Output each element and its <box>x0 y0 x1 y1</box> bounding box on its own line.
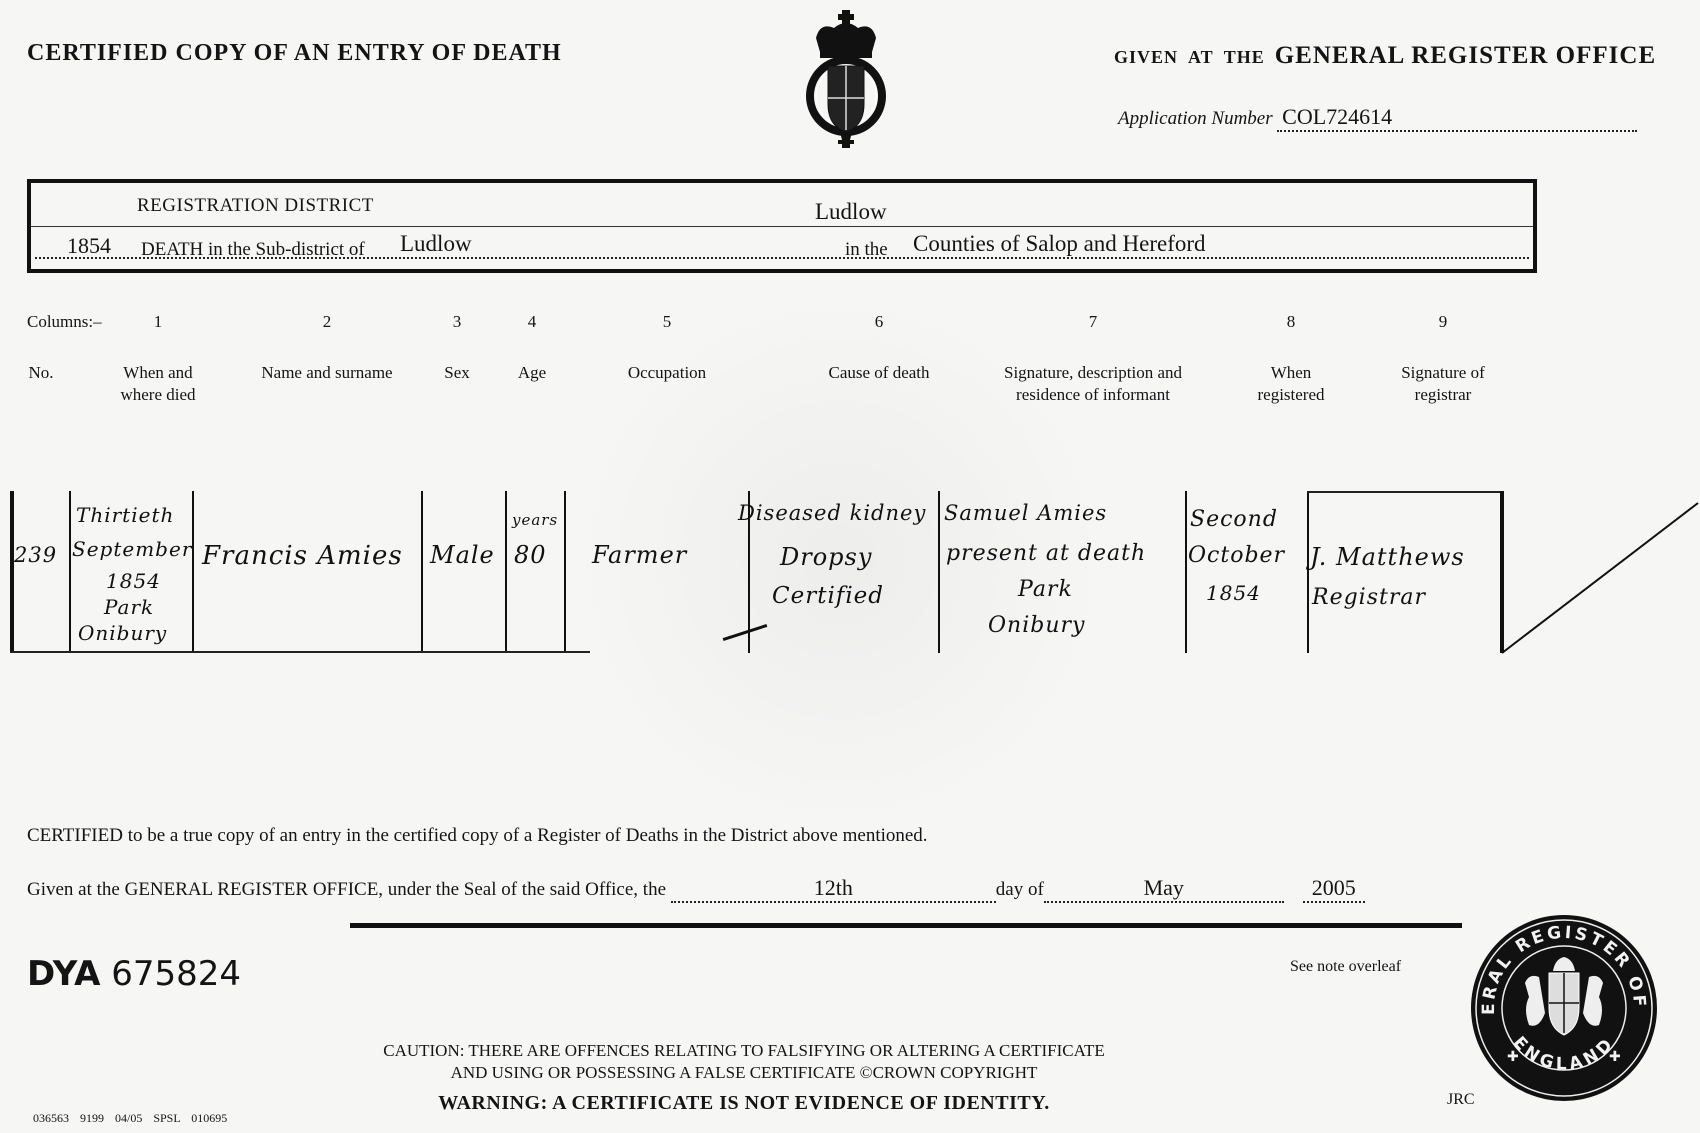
given-year: 2005 <box>1303 875 1365 903</box>
deceased-occupation: Farmer <box>592 541 687 569</box>
column-header-informant: Signature, description and residence of … <box>988 362 1198 406</box>
column-number-5: 5 <box>663 312 672 332</box>
cause-of-death-line3: Certified <box>772 583 884 609</box>
svg-text:✚: ✚ <box>1507 1049 1519 1065</box>
informant-name: Samuel Amies <box>944 501 1107 525</box>
column-number-6: 6 <box>875 312 884 332</box>
subdistrict-value: Ludlow <box>400 231 472 257</box>
subdistrict-row: 1854 DEATH in the Sub-district of Ludlow… <box>35 233 1529 263</box>
registrar-title: Registrar <box>1312 585 1426 610</box>
column-header-occupation: Occupation <box>607 362 727 384</box>
see-note-overleaf: See note overleaf <box>1290 958 1401 976</box>
registration-district-value: Ludlow <box>815 199 887 225</box>
column-rule <box>1185 491 1187 653</box>
informant-description: present at death <box>946 541 1146 566</box>
columns-label: Columns:– <box>27 312 102 332</box>
serial-prefix: DYA <box>27 954 100 994</box>
cause-of-death-line2: Dropsy <box>780 543 872 571</box>
svg-text:✚: ✚ <box>1609 1049 1621 1065</box>
box-divider <box>31 226 1533 227</box>
death-entry-row: 239 Thirtieth September 1854 Park Onibur… <box>0 491 1700 656</box>
column-header-cause: Cause of death <box>809 362 949 384</box>
registration-district-box: REGISTRATION DISTRICT Ludlow 1854 DEATH … <box>27 179 1537 273</box>
column-rule <box>421 491 423 653</box>
office-name: GENERAL REGISTER OFFICE <box>1275 42 1656 69</box>
registration-district-label: REGISTRATION DISTRICT <box>137 195 374 217</box>
pen-stroke <box>723 624 768 641</box>
caution-notice: CAUTION: THERE ARE OFFENCES RELATING TO … <box>339 1040 1149 1084</box>
given-day: 12th <box>671 875 996 903</box>
registered-year: 1854 <box>1206 581 1261 605</box>
column-header-age: Age <box>518 362 546 384</box>
place-of-death-line1: Park <box>104 595 154 619</box>
registered-month: October <box>1188 543 1285 568</box>
date-of-death-year: 1854 <box>106 569 161 593</box>
informant-residence-line2: Onibury <box>988 613 1085 638</box>
column-number-9: 9 <box>1439 312 1448 332</box>
royal-crest-icon <box>806 8 886 150</box>
certificate-title: CERTIFIED COPY OF AN ENTRY OF DEATH <box>27 40 562 67</box>
column-rule <box>69 491 71 653</box>
date-of-death-day: Thirtieth <box>76 503 174 527</box>
column-number-8: 8 <box>1287 312 1296 332</box>
identity-warning: WARNING: A CERTIFICATE IS NOT EVIDENCE O… <box>339 1092 1149 1115</box>
gro-seal-icon: GENERAL REGISTER OFFICE ENGLAND ✚ ✚ <box>1469 913 1659 1103</box>
deceased-sex: Male <box>430 541 495 569</box>
given-date-line: Given at the GENERAL REGISTER OFFICE, un… <box>27 875 1365 903</box>
registered-day: Second <box>1190 507 1278 532</box>
application-number-row: Application Number COL724614 <box>1118 104 1637 132</box>
application-number-label: Application Number <box>1118 108 1273 129</box>
form-code: 036563 9199 04/05 SPSL 010695 <box>33 1111 227 1126</box>
column-number-3: 3 <box>453 312 462 332</box>
column-header-sex: Sex <box>444 362 470 384</box>
column-header-registrar: Signature of registrar <box>1388 362 1498 406</box>
column-header-no: No. <box>28 362 53 384</box>
place-of-death-line2: Onibury <box>78 621 167 645</box>
divider-rule <box>350 923 1462 928</box>
column-rule <box>938 491 940 653</box>
county-value: Counties of Salop and Hereford <box>913 231 1206 257</box>
subdistrict-label: DEATH in the Sub-district of <box>141 239 365 261</box>
informant-residence-line1: Park <box>1018 577 1073 602</box>
registrar-signature: J. Matthews <box>1310 543 1465 571</box>
deceased-age: 80 <box>514 541 547 569</box>
cause-of-death-line1: Diseased kidney <box>738 501 926 525</box>
column-number-7: 7 <box>1089 312 1098 332</box>
serial-number: 675824 <box>111 954 241 994</box>
column-rule <box>192 491 194 653</box>
column-header-when-registered: When registered <box>1246 362 1336 406</box>
certificate-serial: DYA 675824 <box>27 954 241 994</box>
column-number-2: 2 <box>323 312 332 332</box>
deceased-name: Francis Amies <box>202 541 403 571</box>
age-unit: years <box>512 511 558 529</box>
column-rule <box>505 491 507 653</box>
column-number-4: 4 <box>528 312 537 332</box>
death-year: 1854 <box>67 233 111 259</box>
row-top-rule <box>1307 491 1500 493</box>
given-at-gro-heading: GIVEN AT THE GENERAL REGISTER OFFICE <box>1114 42 1656 70</box>
column-header-when-where: When and where died <box>113 362 203 406</box>
cancellation-diagonal <box>1500 491 1700 656</box>
given-month: May <box>1044 875 1284 903</box>
column-header-name: Name and surname <box>242 362 412 384</box>
given-text: Given at the GENERAL REGISTER OFFICE, un… <box>27 879 666 900</box>
entry-number: 239 <box>14 543 57 567</box>
date-of-death-month: September <box>72 537 192 561</box>
column-rule <box>10 491 14 653</box>
column-rule <box>564 491 566 653</box>
certification-statement: CERTIFIED to be a true copy of an entry … <box>27 825 928 847</box>
in-the-label: in the <box>845 239 888 261</box>
column-rule <box>1307 491 1309 653</box>
application-number-value: COL724614 <box>1282 104 1392 129</box>
row-bottom-rule <box>10 651 590 653</box>
day-of-label: day of <box>996 879 1044 900</box>
column-number-1: 1 <box>154 312 163 332</box>
